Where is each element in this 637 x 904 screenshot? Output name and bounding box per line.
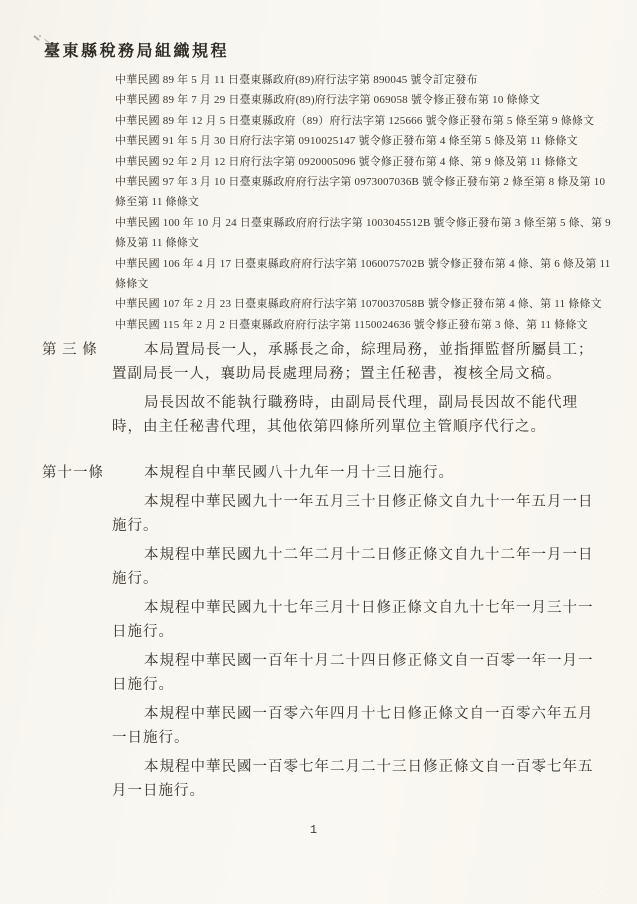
history-line: 中華民國 92 年 2 月 12 日府行法字第 0920005096 號令修正發…: [115, 152, 613, 172]
history-line: 中華民國 89 年 7 月 29 日臺東縣政府(89)府行法字第 069058 …: [115, 90, 613, 110]
article-11-body: 本規程自中華民國八十九年一月十三日施行。 本規程中華民國九十一年五月三十日修正條…: [112, 461, 604, 803]
article-line: 本規程中華民國九十一年五月三十日修正條文自九十一年五月一日: [112, 490, 604, 514]
history-line: 中華民國 106 年 4 月 17 日臺東縣政府府行法字第 1060075702…: [115, 254, 613, 274]
article-3-number: 第 三 條: [42, 338, 112, 439]
article-line: 施行。: [112, 514, 604, 538]
history-line-continuation: 條及第 11 條條文: [115, 233, 613, 253]
history-line: 中華民國 89 年 12 月 5 日臺東縣政府（89）府行法字第 125666 …: [115, 111, 613, 131]
article-line: 日施行。: [112, 673, 604, 697]
article-line: 本規程中華民國一百年十月二十四日修正條文自一百零一年一月一: [112, 649, 604, 673]
article-line: 時，由主任秘書代理，其他依第四條所列單位主管順序代行之。: [112, 415, 604, 439]
scan-artifact-mark: [33, 31, 49, 43]
history-line: 中華民國 89 年 5 月 11 日臺東縣政府(89)府行法字第 890045 …: [115, 70, 613, 90]
article-line: 本規程中華民國一百零六年四月十七日修正條文自一百零六年五月: [112, 702, 604, 726]
article-3-body: 本局置局長一人，承縣長之命，綜理局務，並指揮監督所屬員工； 置副局長一人，襄助局…: [112, 338, 604, 439]
article-line: 局長因故不能執行職務時，由副局長代理，副局長因故不能代理: [112, 391, 604, 415]
article-11: 第十一條 本規程自中華民國八十九年一月十三日施行。 本規程中華民國九十一年五月三…: [42, 461, 637, 803]
article-line: 一日施行。: [112, 726, 604, 750]
article-line: 月一日施行。: [112, 779, 604, 803]
article-line: 本規程中華民國九十七年三月十日修正條文自九十七年一月三十一: [112, 596, 604, 620]
article-line: 日施行。: [112, 620, 604, 644]
article-line: 施行。: [112, 567, 604, 591]
history-line: 中華民國 107 年 2 月 23 日臺東縣政府府行法字第 1070037058…: [115, 294, 613, 314]
page-number: 1: [0, 822, 627, 838]
history-line: 中華民國 91 年 5 月 30 日府行法字第 0910025147 號令修正發…: [115, 131, 613, 151]
history-line: 中華民國 97 年 3 月 10 日臺東縣政府府行法字第 0973007036B…: [115, 172, 613, 192]
history-line-continuation: 條條文: [115, 274, 613, 294]
document-title: 臺東縣稅務局組織規程: [44, 40, 637, 64]
article-line: 本規程自中華民國八十九年一月十三日施行。: [112, 461, 604, 485]
scanned-document-page: 臺東縣稅務局組織規程 中華民國 89 年 5 月 11 日臺東縣政府(89)府行…: [0, 0, 637, 904]
history-line: 中華民國 100 年 10 月 24 日臺東縣政府府行法字第 100304551…: [115, 213, 613, 233]
article-11-number: 第十一條: [42, 461, 112, 803]
history-line: 中華民國 115 年 2 月 2 日臺東縣政府府行法字第 1150024636 …: [115, 315, 613, 335]
article-line: 置副局長一人，襄助局長處理局務；置主任秘書，複核全局文稿。: [112, 362, 604, 386]
history-line-continuation: 條至第 11 條條文: [115, 192, 613, 212]
article-line: 本規程中華民國九十二年二月十二日修正條文自九十二年一月一日: [112, 543, 604, 567]
article-line: 本規程中華民國一百零七年二月二十三日修正條文自一百零七年五: [112, 755, 604, 779]
article-line: 本局置局長一人，承縣長之命，綜理局務，並指揮監督所屬員工；: [112, 338, 604, 362]
amendment-history: 中華民國 89 年 5 月 11 日臺東縣政府(89)府行法字第 890045 …: [115, 70, 613, 335]
article-3: 第 三 條 本局置局長一人，承縣長之命，綜理局務，並指揮監督所屬員工； 置副局長…: [42, 338, 637, 439]
